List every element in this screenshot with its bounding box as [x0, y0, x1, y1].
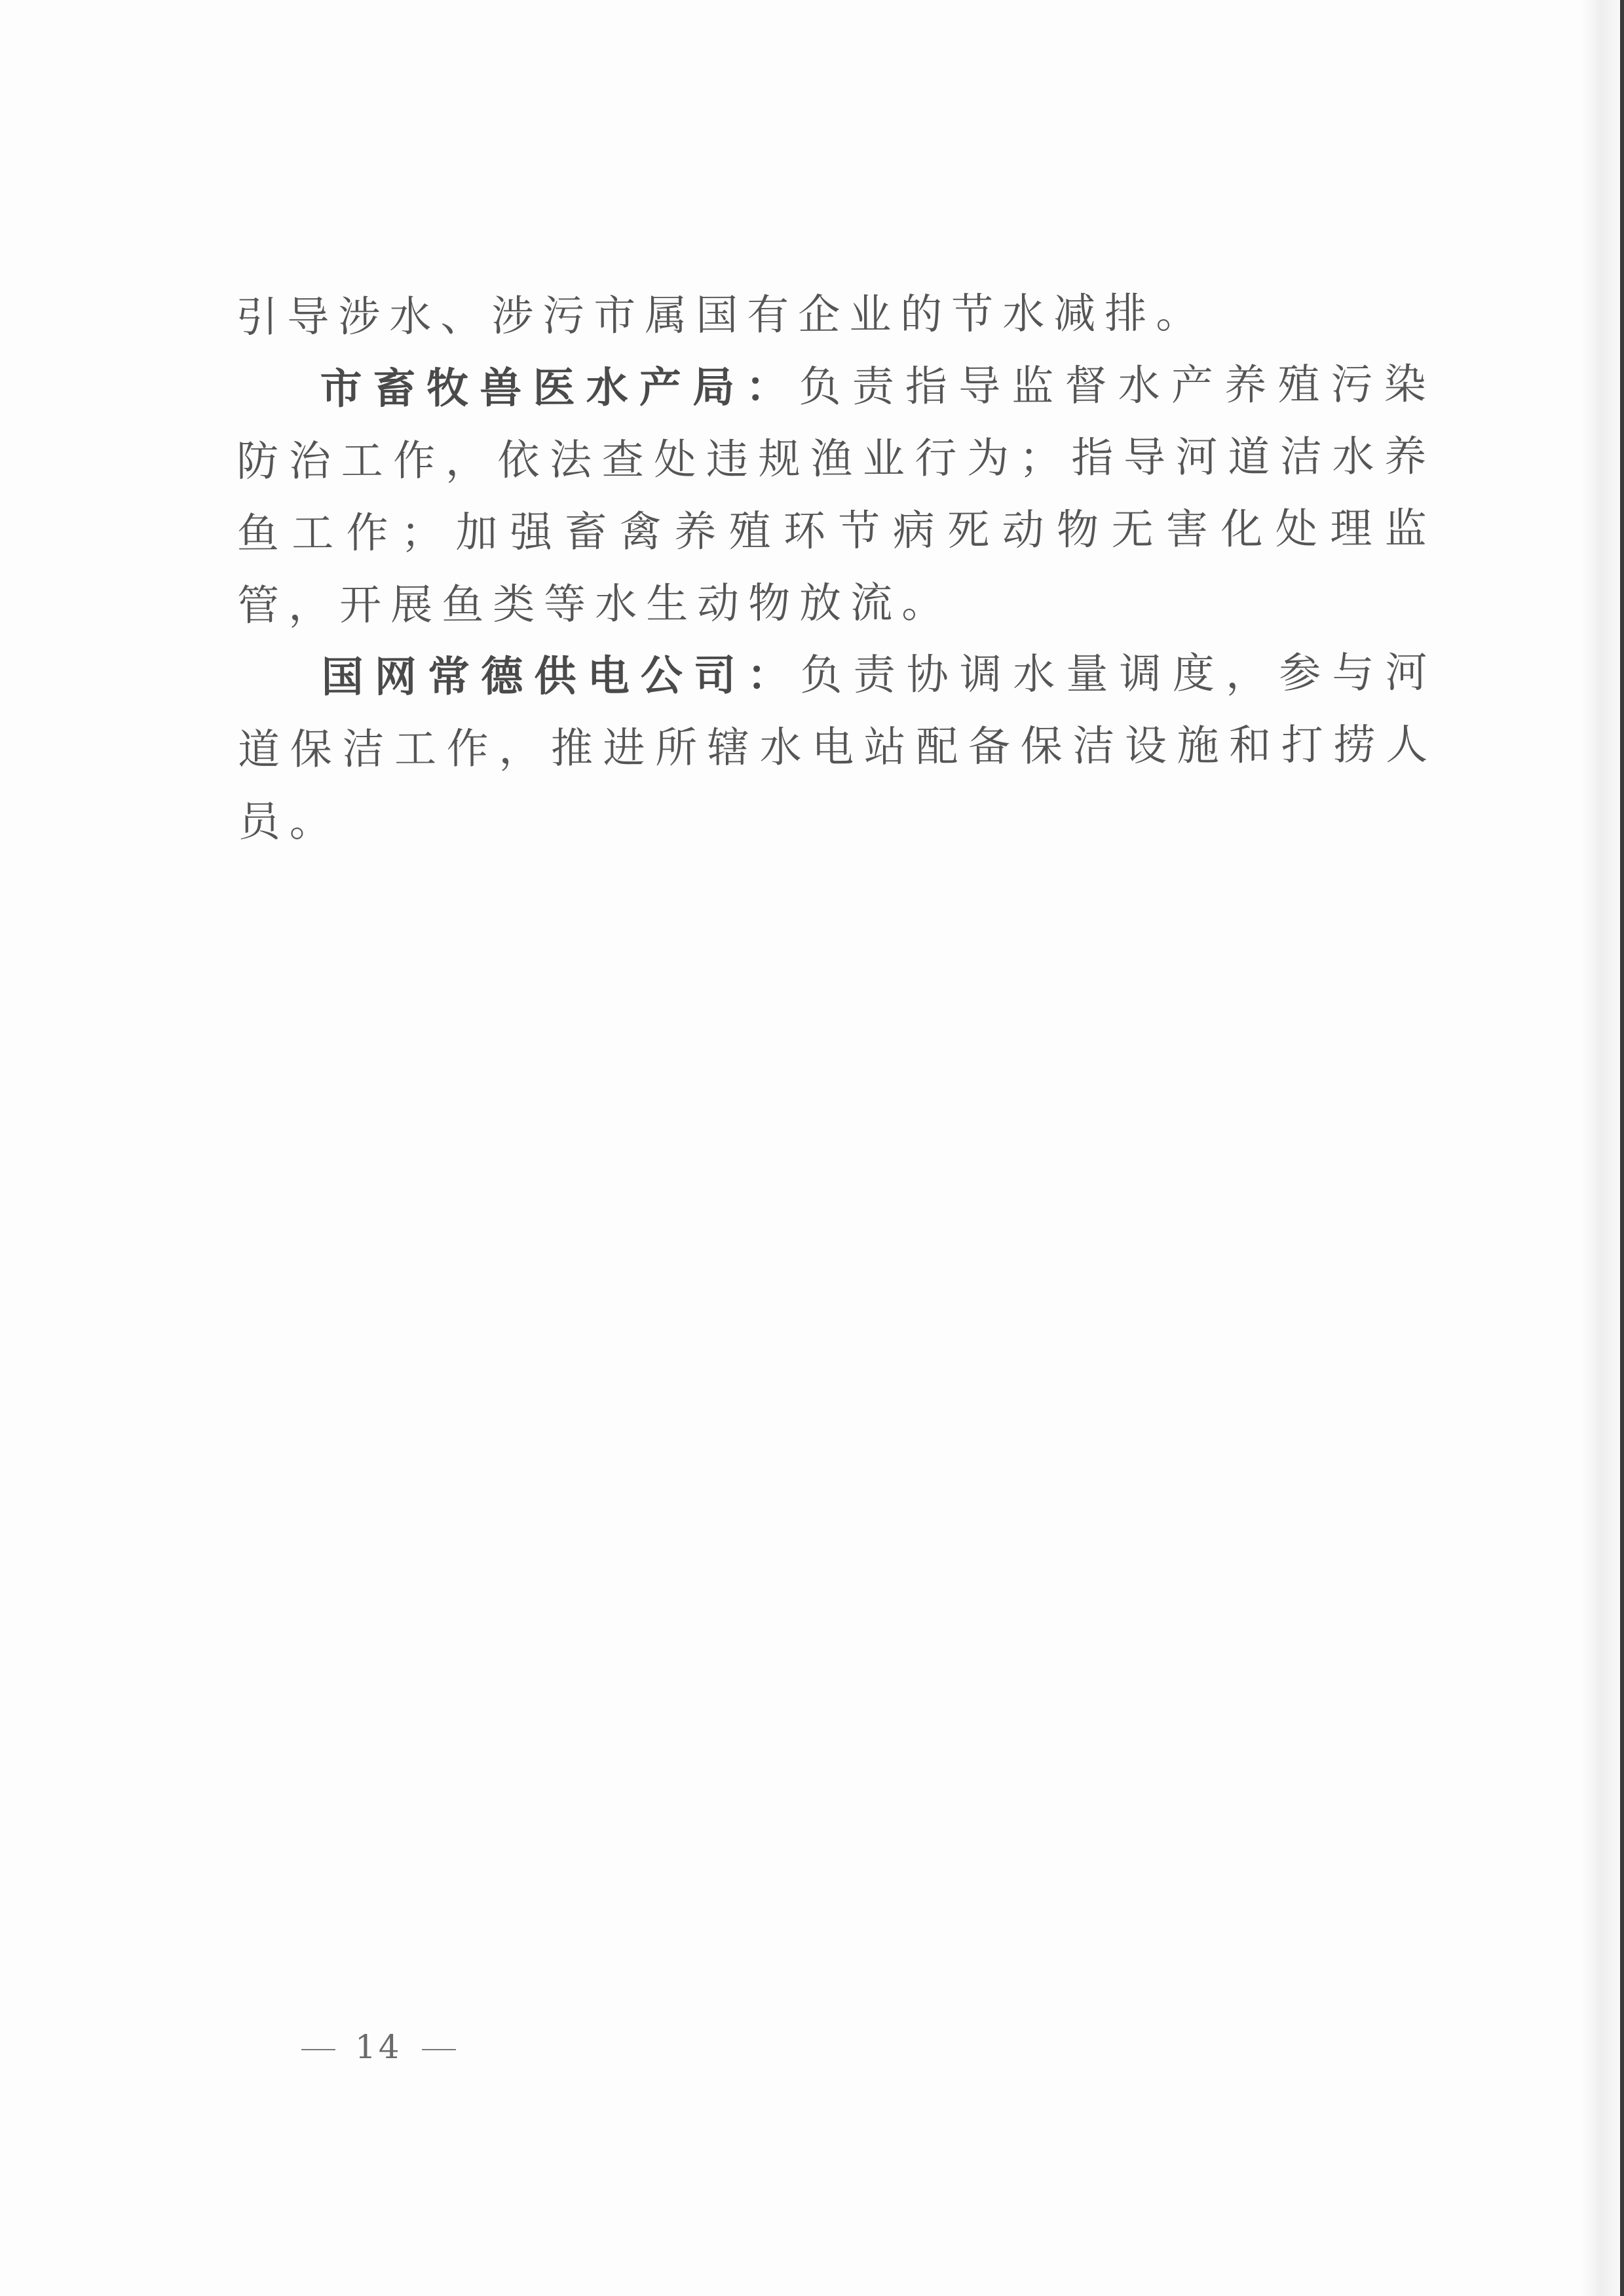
scan-binding-shadow [1581, 0, 1620, 2296]
paragraph-continuation: 引导涉水、涉污市属国有企业的节水减排。 [236, 277, 1435, 354]
paragraph-livestock-bureau: 市畜牧兽医水产局：负责指导监督水产养殖污染防治工作，依法查处违规渔业行为；指导河… [236, 349, 1436, 642]
page-number-value: 14 [355, 2028, 402, 2066]
paragraph-text: 引导涉水、涉污市属国有企业的节水减排。 [236, 290, 1207, 342]
dash-right [422, 2049, 456, 2050]
paragraph-lead: 国网常德供电公司： [321, 651, 800, 702]
document-body: 引导涉水、涉污市属国有企业的节水减排。 市畜牧兽医水产局：负责指导监督水产养殖污… [236, 277, 1437, 858]
dash-left [301, 2049, 335, 2050]
paragraph-lead: 市畜牧兽医水产局： [320, 363, 799, 413]
document-page: 引导涉水、涉污市属国有企业的节水减排。 市畜牧兽医水产局：负责指导监督水产养殖污… [0, 0, 1624, 2296]
page-number: 14 [282, 2028, 476, 2066]
scan-edge [1620, 0, 1624, 2296]
paragraph-power-company: 国网常德供电公司：负责协调水量调度，参与河道保洁工作，推进所辖水电站配备保洁设施… [237, 637, 1437, 858]
